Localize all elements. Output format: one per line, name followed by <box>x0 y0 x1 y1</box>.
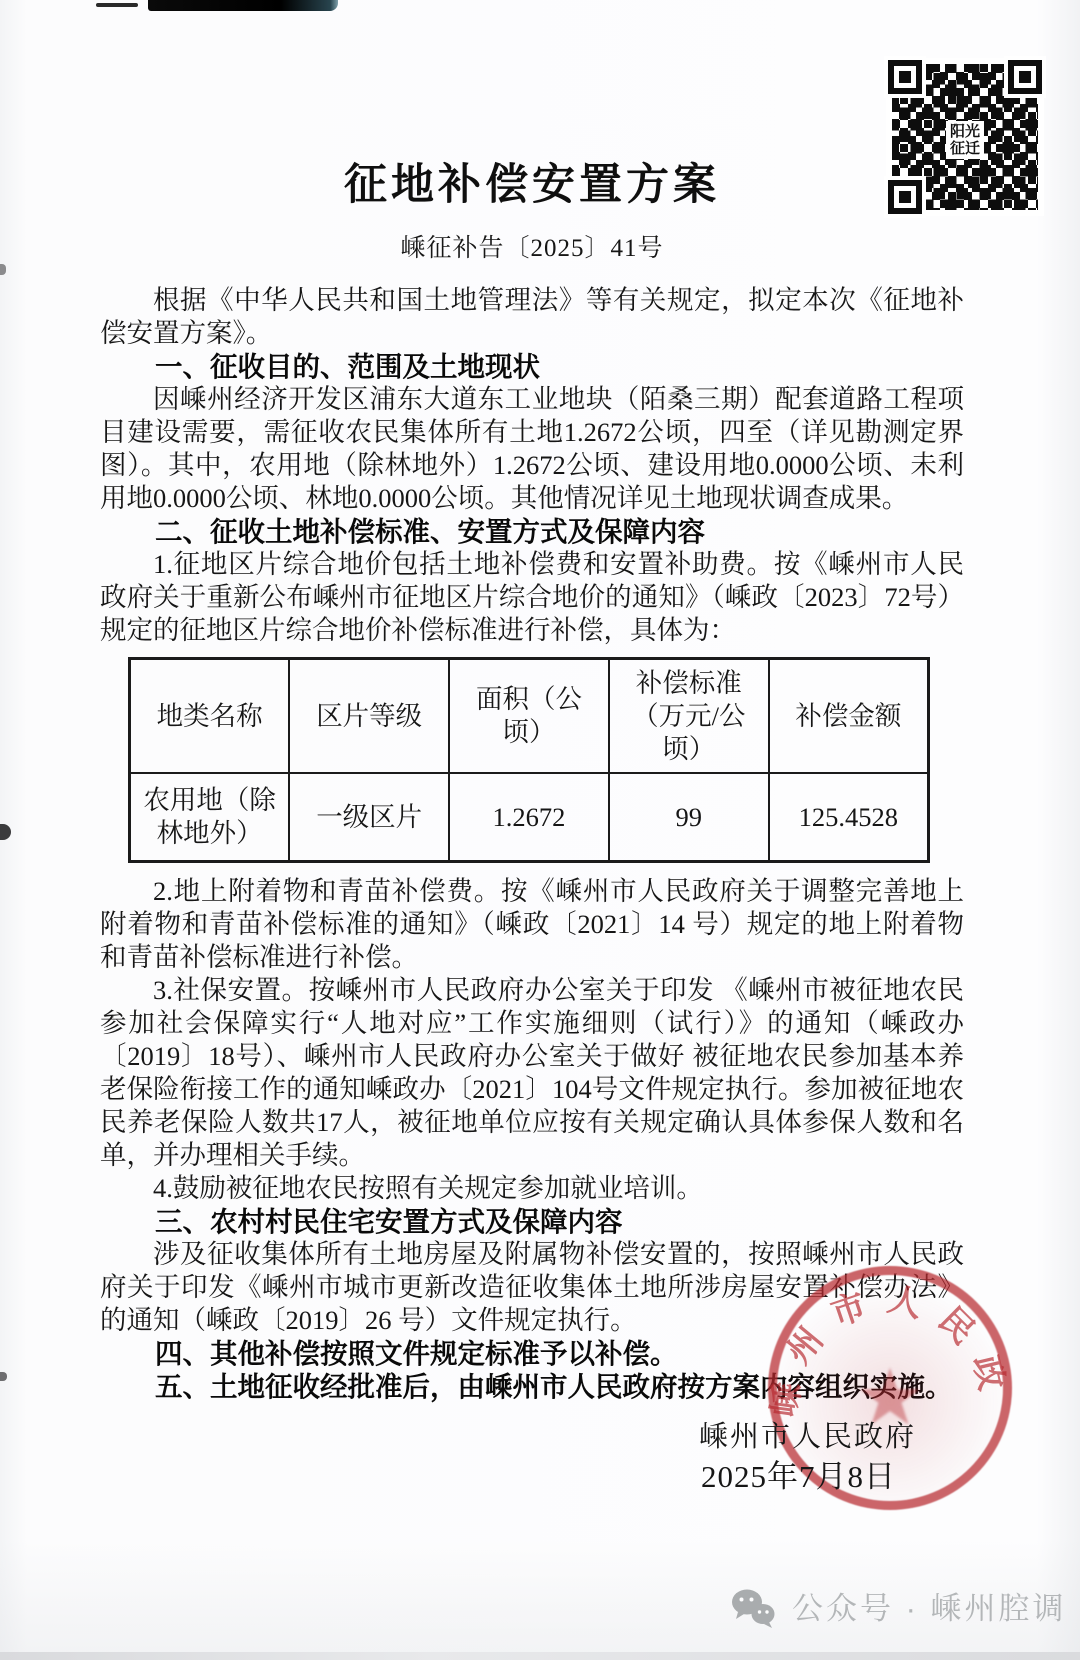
wechat-icon <box>728 1588 778 1630</box>
table-header-amount: 补偿金额 <box>769 659 929 774</box>
scan-artifact-left-edge-3 <box>0 1372 7 1381</box>
document-body: 征地补偿安置方案 嵊征补告〔2025〕41号 根据《中华人民共和国土地管理法》等… <box>100 0 964 1497</box>
table-header-land-type: 地类名称 <box>130 659 290 774</box>
scan-bottom-edge-strip <box>0 1652 1080 1660</box>
section-heading-4: 四、其他补偿按照文件规定标准予以补偿。 <box>100 1337 964 1370</box>
table-header-standard: 补偿标准（万元/公顷） <box>609 659 769 774</box>
paragraph-housing: 涉及征收集体所有土地房屋及附属物补偿安置的，按照嵊州市人民政府关于印发《嵊州市城… <box>100 1238 964 1337</box>
footer-watermark-text: 公众号 · 嵊州腔调 <box>792 1589 1067 1629</box>
section-heading-5: 五、土地征收经批准后，由嵊州市人民政府按方案内容组织实施。 <box>100 1370 964 1403</box>
scan-artifact-left-edge-2 <box>0 824 11 840</box>
paragraph-social-security: 3.社保安置。按嵊州市人民政府办公室关于印发 《嵊州市被征地农民参加社会保障实行… <box>100 974 964 1172</box>
table-cell-standard: 99 <box>609 773 769 862</box>
section-heading-2: 二、征收土地补偿标准、安置方式及保障内容 <box>100 515 964 548</box>
signature-date: 2025年7月8日 <box>100 1457 964 1497</box>
paragraph-land-status: 因嵊州经济开发区浦东大道东工业地块（陌桑三期）配套道路工程项目建设需要，需征收农… <box>100 383 964 515</box>
paragraph-intro: 根据《中华人民共和国土地管理法》等有关规定，拟定本次《征地补偿安置方案》。 <box>100 284 964 350</box>
table-cell-amount: 125.4528 <box>769 773 929 862</box>
table-header-area: 面积（公顷） <box>449 659 609 774</box>
document-title: 征地补偿安置方案 <box>100 160 964 212</box>
section-heading-3: 三、农村村民住宅安置方式及保障内容 <box>100 1205 964 1238</box>
footer-watermark: 公众号 · 嵊州腔调 <box>728 1588 1067 1630</box>
signature-block: 嵊州市人民政府 2025年7月8日 <box>100 1417 964 1497</box>
qr-finder-top-right-icon <box>1008 60 1042 94</box>
signature-org: 嵊州市人民政府 <box>100 1417 964 1457</box>
table-cell-zone-grade: 一级区片 <box>289 773 449 862</box>
table-header-zone-grade: 区片等级 <box>289 659 449 774</box>
table-header-row: 地类名称 区片等级 面积（公顷） 补偿标准（万元/公顷） 补偿金额 <box>130 659 929 774</box>
scanned-document-page: { "doc": { "title": "征地补偿安置方案", "number"… <box>0 0 1080 1660</box>
document-text: 根据《中华人民共和国土地管理法》等有关规定，拟定本次《征地补偿安置方案》。 一、… <box>100 284 964 1403</box>
paragraph-compensation-price: 1.征地区片综合地价包括土地补偿费和安置补助费。按《嵊州市人民政府关于重新公布嵊… <box>100 548 964 647</box>
document-number: 嵊征补告〔2025〕41号 <box>100 234 964 264</box>
table-cell-land-type: 农用地（除林地外） <box>130 773 290 862</box>
table-cell-area: 1.2672 <box>449 773 609 862</box>
paragraph-training: 4.鼓励被征地农民按照有关规定参加就业培训。 <box>100 1172 964 1205</box>
compensation-table: 地类名称 区片等级 面积（公顷） 补偿标准（万元/公顷） 补偿金额 农用地（除林… <box>128 657 930 863</box>
section-heading-1: 一、征收目的、范围及土地现状 <box>100 350 964 383</box>
scan-artifact-left-edge-1 <box>0 264 6 275</box>
table-row: 农用地（除林地外） 一级区片 1.2672 99 125.4528 <box>130 773 929 862</box>
paragraph-attachments: 2.地上附着物和青苗补偿费。按《嵊州市人民政府关于调整完善地上附着物和青苗补偿标… <box>100 875 964 974</box>
